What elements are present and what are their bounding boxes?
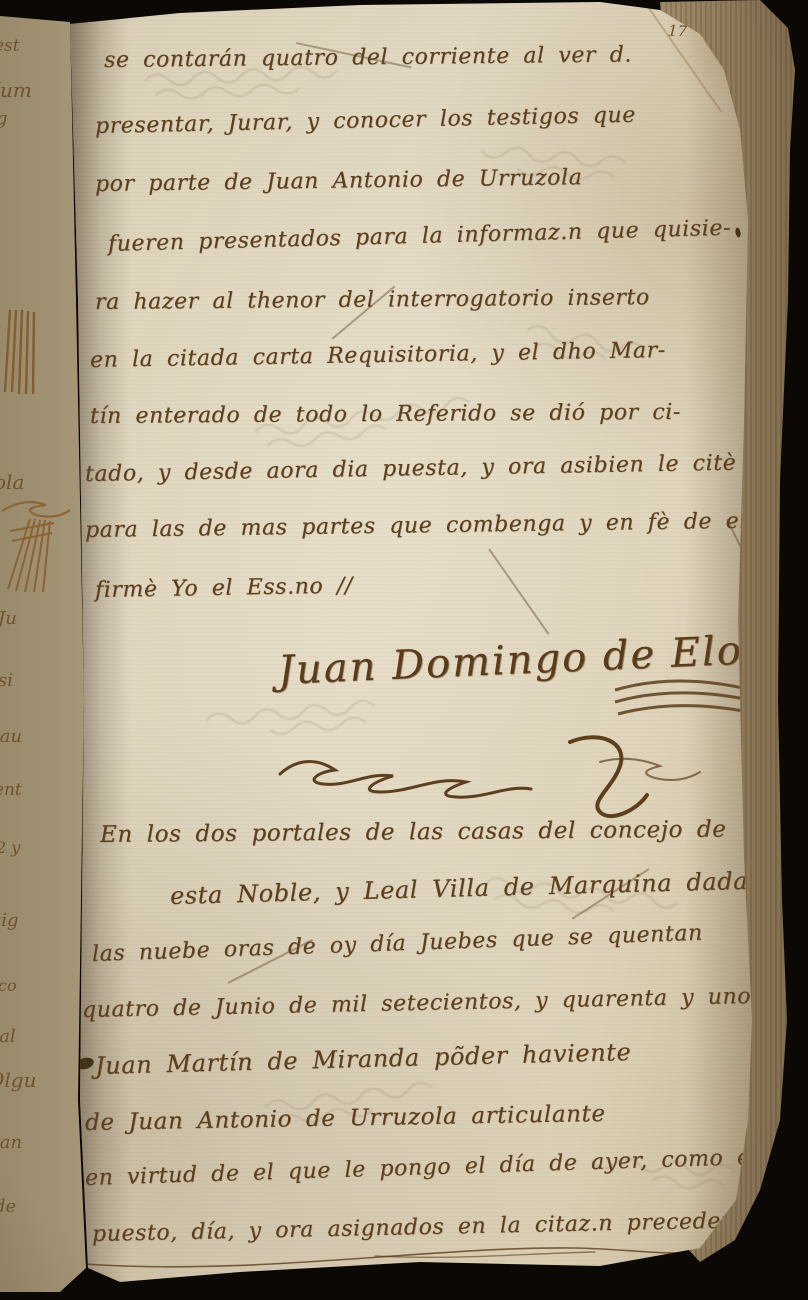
edge-fragment: tal — [0, 1026, 16, 1047]
manuscript-line: tín enterado de todo lo Referido se dió … — [90, 400, 681, 429]
manuscript-line: En los dos portales de las casas del con… — [100, 817, 727, 848]
edge-fragment: est — [0, 36, 20, 56]
edge-fragment: lan — [0, 1132, 22, 1153]
edge-fragment: ent — [0, 780, 22, 800]
manuscript-line: ra hazer al thenor del interrogatorio in… — [95, 285, 650, 315]
edge-fragment: 2 y — [0, 838, 20, 857]
manuscript-scan: est Jum g ola Ju si lau ent 2 y sig co t… — [0, 0, 808, 1300]
edge-fragment: Jum — [0, 78, 32, 102]
edge-fragment: ola — [0, 470, 24, 494]
manuscript-page: 17 se contarán quatro del corriente al v… — [0, 0, 808, 1300]
edge-pen-strokes — [2, 308, 42, 398]
edge-fragment: si — [0, 670, 13, 691]
manuscript-line: firmè Yo el Ess.no // — [95, 574, 353, 603]
edge-fragment: g — [0, 108, 8, 129]
underline-flourish — [75, 1232, 795, 1277]
edge-fragment: Olgu — [0, 1068, 36, 1092]
signature-rubric-flourish — [270, 732, 710, 822]
edge-tassel-drawing — [0, 497, 60, 597]
edge-fragment: Ju — [0, 608, 17, 629]
edge-fragment: co — [0, 976, 17, 995]
edge-fragment: sig — [0, 910, 19, 931]
edge-fragment: de — [0, 1196, 16, 1217]
edge-fragment: lau — [0, 726, 22, 747]
